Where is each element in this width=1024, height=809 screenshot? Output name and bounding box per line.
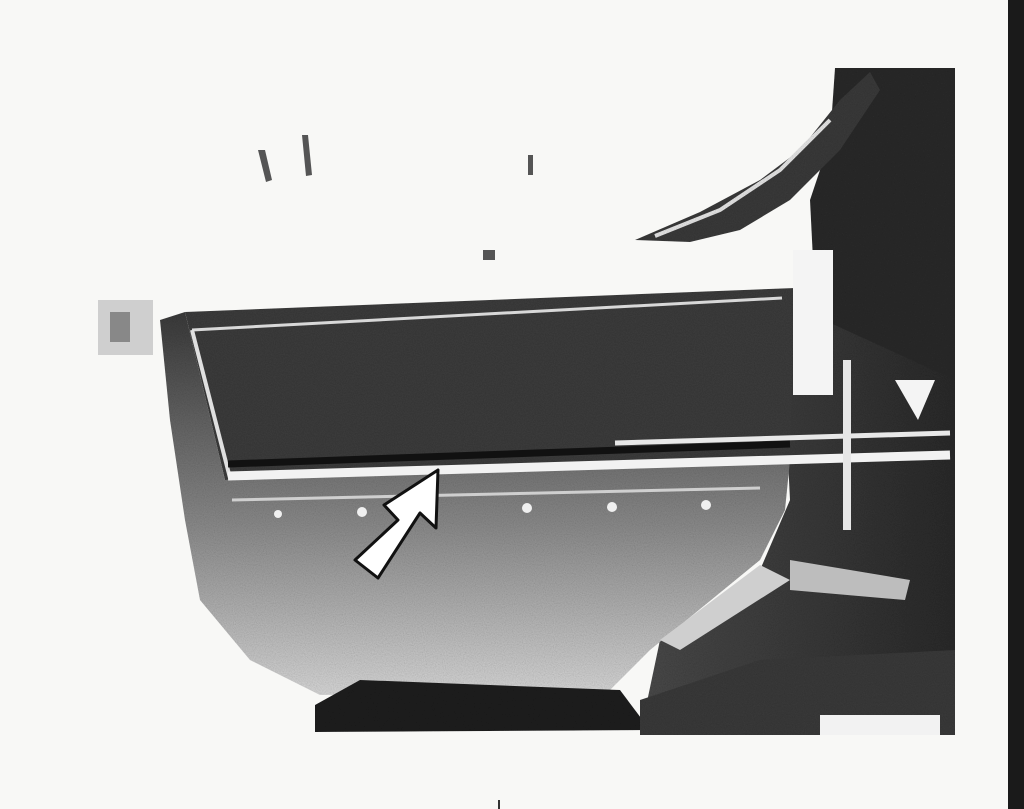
scanned-page [0, 0, 1024, 809]
door-panel-photo [0, 0, 1010, 809]
scan-edge-strip [1008, 0, 1024, 809]
page-tick-mark [498, 800, 500, 809]
